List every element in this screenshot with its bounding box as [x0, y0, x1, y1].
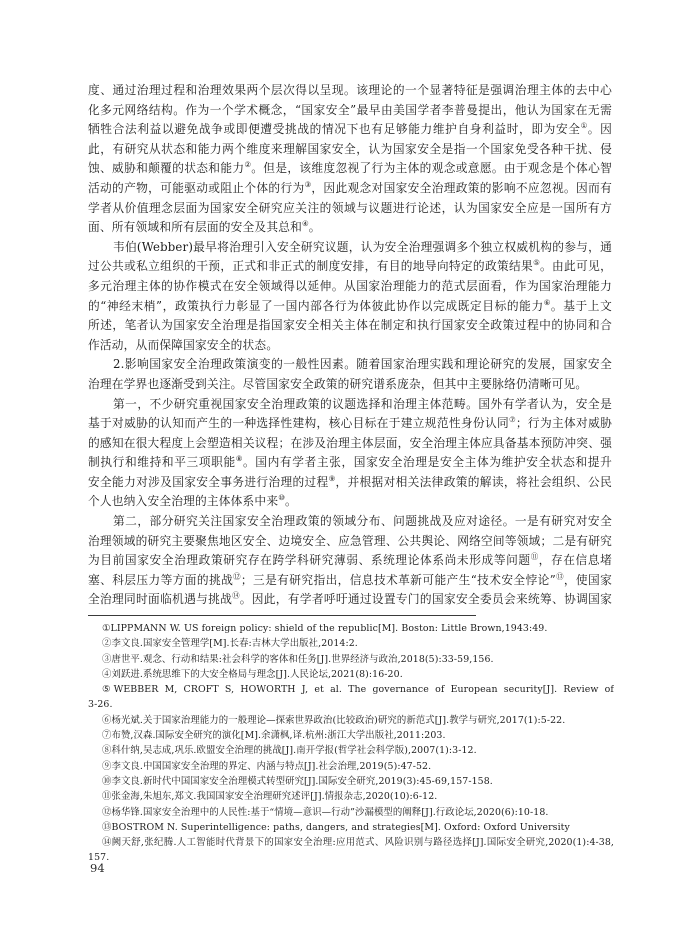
footnote-line: ⑥杨光斌.关于国家治理能力的一般理论—探索世界政治(比较政治)研究的新范式[J]… — [88, 713, 614, 728]
body-line: 活动的产物，可能驱动或阻止个体的行为③，因此观念对国家安全治理政策的影响不应忽视… — [88, 179, 612, 199]
body-line: 第一，不少研究重视国家安全治理政策的议题选择和治理主体范畴。国外有学者认为，安全… — [88, 395, 612, 415]
body-line: 为目前国家安全治理政策研究存在跨学科研究薄弱、系统理论体系尚未形成等问题⑪，存在… — [88, 551, 612, 571]
footnote-line: 157. — [88, 850, 614, 865]
footnote-line: ⑫杨华锋.国家安全治理中的人民性:基于“情境—意识—行动”沙漏模型的阐释[J].… — [88, 805, 614, 820]
body-line: 韦伯(Webber)最早将治理引入安全研究议题，认为安全治理强调多个独立权威机构… — [88, 238, 612, 258]
body-line: 第二，部分研究关注国家安全治理政策的领域分布、问题挑战及应对途径。一是有研究对安… — [88, 512, 612, 532]
footnote-line: 3-26. — [88, 697, 614, 712]
footnote-line: ⑩李文良.新时代中国国家安全治理模式转型研究[J].国际安全研究,2019(3)… — [88, 774, 614, 789]
body-line: 牺牲合法利益以避免战争或即便遭受挑战的情况下也有足够能力维护自身利益时，即为安全… — [88, 120, 612, 140]
body-line: 过公共或私立组织的干预，正式和非正式的制度安排，有目的地导向特定的政策结果⑤。由… — [88, 257, 612, 277]
body-line: 全治理同时面临机遇与挑战⑭。因此，有学者呼吁通过设置专门的国家安全委员会来统筹、… — [88, 590, 612, 610]
footnote-line: ②李文良.国家安全管理学[M].长春:吉林大学出版社,2014:2. — [88, 636, 614, 651]
body-line: 面、所有领域和所有层面的安全及其总和④。 — [88, 218, 612, 238]
footnote-line: ④刘跃进.系统思维下的大安全格局与理念[J].人民论坛,2021(8):16-2… — [88, 667, 614, 682]
page-number: 94 — [90, 861, 105, 875]
footnote-line: ⑭阙天舒,张纪腾.人工智能时代背景下的国家安全治理:应用范式、风险识别与路径选择… — [88, 835, 614, 850]
body-line: 的“神经末梢”，政策执行力彰显了一国内部各行为体彼此协作以完成既定目标的能力⑥。… — [88, 297, 612, 317]
footnote-line: ⑤WEBBER M, CROFT S, HOWORTH J, et al. Th… — [88, 682, 614, 697]
body-line: 制执行和维持和平三项职能⑧。国内有学者主张，国家安全治理是安全主体为维护安全状态… — [88, 453, 612, 473]
footnote-line: ⑧科什纳,吴志成,巩乐.欧盟安全治理的挑战[J].南开学报(哲学社会科学版),2… — [88, 743, 614, 758]
body-line: 学者从价值理念层面为国家安全研究应关注的领域与议题进行论述，认为国家安全应是一国… — [88, 199, 612, 219]
body-line: 个人也纳入安全治理的主体体系中来⑩。 — [88, 492, 612, 512]
footnote-line: ⑦布赞,汉森.国际安全研究的演化[M].余潇枫,译.杭州:浙江大学出版社,201… — [88, 728, 614, 743]
body-line: 基于对威胁的认知而产生的一种选择性建构，核心目标在于建立规范性身份认同⑦；行为主… — [88, 414, 612, 434]
body-line: 度、通过治理过程和治理效果两个层次得以呈现。该理论的一个显著特征是强调治理主体的… — [88, 81, 612, 101]
body-line: 此，有研究从状态和能力两个维度来理解国家安全，认为国家安全是指一个国家免受各种干… — [88, 140, 612, 160]
footnote-line: ⑨李文良.中国国家安全治理的界定、内涵与特点[J].社会治理,2019(5):4… — [88, 759, 614, 774]
footnotes: ①LIPPMANN W. US foreign policy: shield o… — [88, 621, 614, 866]
journal-page: 度、通过治理过程和治理效果两个层次得以呈现。该理论的一个显著特征是强调治理主体的… — [0, 0, 700, 943]
body-line: 的感知在很大程度上会塑造相关议程；在涉及治理主体层面，安全治理主体应具备基本预防… — [88, 434, 612, 454]
body-line: 安全能力对涉及国家安全事务进行治理的过程⑨，并根据对相关法律政策的解读，将社会组… — [88, 473, 612, 493]
footnote-line: ①LIPPMANN W. US foreign policy: shield o… — [88, 621, 614, 636]
body-line: 所述，笔者认为国家安全治理是指国家安全相关主体在制定和执行国家安全政策过程中的协… — [88, 316, 612, 336]
body-line: 治理在学界也逐渐受到关注。尽管国家安全政策的研究谱系庞杂，但其中主要脉络仍清晰可… — [88, 375, 612, 395]
body-line: 治理领域的研究主要聚焦地区安全、边境安全、应急管理、公共舆论、网络空间等领域；二… — [88, 532, 612, 552]
footnote-separator — [88, 615, 476, 616]
body-line: 蚀、威胁和颠覆的状态和能力②。但是，该维度忽视了行为主体的观念或意愿。由于观念是… — [88, 159, 612, 179]
footnote-line: ⑪张金海,朱旭东,郑文.我国国家安全治理研究述评[J].情报杂志,2020(10… — [88, 789, 614, 804]
body-line: 塞、科层压力等方面的挑战⑫；三是有研究指出，信息技术革新可能产生“技术安全悖论”… — [88, 571, 612, 591]
body-line: 多元治理主体的协作模式在安全领域得以延伸。从国家治理能力的范式层面看，作为国家治… — [88, 277, 612, 297]
body-line: 2.影响国家安全治理政策演变的一般性因素。随着国家治理实践和理论研究的发展，国家… — [88, 355, 612, 375]
body-text: 度、通过治理过程和治理效果两个层次得以呈现。该理论的一个显著特征是强调治理主体的… — [88, 81, 612, 610]
body-line: 作活动，从而保障国家安全的状态。 — [88, 336, 612, 356]
body-line: 化多元网络结构。作为一个学术概念，“国家安全”最早由美国学者李普曼提出，他认为国… — [88, 101, 612, 121]
footnote-line: ⑬BOSTROM N. Superintelligence: paths, da… — [88, 820, 614, 835]
footnote-line: ③唐世平.观念、行动和结果:社会科学的客体和任务[J].世界经济与政治,2018… — [88, 652, 614, 667]
